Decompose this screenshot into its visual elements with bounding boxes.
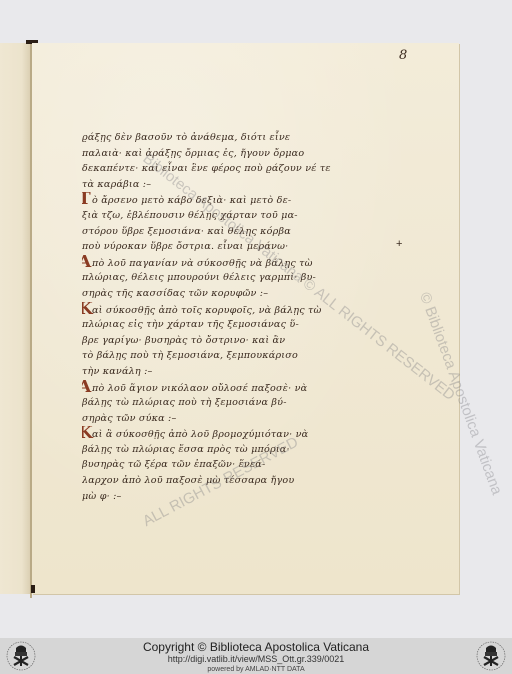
manuscript-line: τὰ καράβια :– bbox=[82, 177, 422, 193]
manuscript-line-text: στόρου ὕβρε ξεμοσιάνα· καὶ θέλῃς κόρβα bbox=[82, 226, 291, 237]
manuscript-line-text: πὸ λοῦ ἅγιον νικόλαον οὔλοσέ παξοσὲ· νὰ bbox=[92, 383, 307, 394]
manuscript-line: πλώριας, θέλεις μπουρούνι θέλεις γαρμπὶ·… bbox=[82, 270, 422, 286]
powered-by-text: powered by AMLAD·NTT DATA bbox=[0, 666, 512, 673]
manuscript-line: παλαιὰ· καὶ ἀράξῃς ὄρμιας ἐς, ἤγουν ὄρμα… bbox=[82, 146, 422, 162]
manuscript-line-text: δεκαπέντε· καὶ εἶναι ἓνε φέρος ποὺ ϱάζου… bbox=[82, 163, 331, 174]
permalink-url[interactable]: http://digi.vatlib.it/view/MSS_Ott.gr.33… bbox=[0, 654, 512, 664]
manuscript-line-text: μὼ φ· :– bbox=[82, 491, 122, 502]
manuscript-line: στόρου ὕβρε ξεμοσιάνα· καὶ θέλῃς κόρβα bbox=[82, 224, 422, 240]
manuscript-line: ποὺ νύροκαν ὕβρε ὄστρια. εἶναι μεράνω· bbox=[82, 239, 422, 255]
manuscript-line: Απὸ λοῦ παγανίαν νὰ σύκοσθῇς νὰ βάλῃς τὼ bbox=[82, 255, 422, 271]
manuscript-line-text: βάλῃς τὼ πλώριας ἕσσα πρὸς τὼ μπόρια· bbox=[82, 444, 290, 455]
manuscript-line: βρε γαρίγω· βυσηρὰς τὸ ὄστρινο· καὶ ἂν bbox=[82, 333, 422, 349]
manuscript-line-text: ϱάξῃς δὲν βασοῦν τὸ ἀνάθεμα, διότι εἶνε bbox=[82, 132, 290, 143]
manuscript-line: βάλῃς τὼ πλώριας ποὺ τὴ ξεμοσιάνα βύ- bbox=[82, 395, 422, 411]
vatican-library-seal-icon bbox=[474, 640, 508, 672]
manuscript-line-text: βρε γαρίγω· βυσηρὰς τὸ ὄστρινο· καὶ ἂν bbox=[82, 335, 285, 346]
manuscript-line: βυσηρὰς τῶ ξέρα τῶν ἐπαξῶν· ἕνεά- bbox=[82, 457, 422, 473]
manuscript-line: σηρὰς τῶν σύκα :– bbox=[82, 411, 422, 427]
manuscript-line-text: λαρχον ἀπὸ λοῦ παξοσὲ μὼ τέσσαρα ἤγου bbox=[82, 475, 294, 486]
rubricated-initial: Τ bbox=[82, 192, 92, 207]
manuscript-line-text: τὴν κανάλη :– bbox=[82, 366, 153, 377]
folio-number: 8 bbox=[399, 48, 407, 63]
manuscript-line-text: ποὺ νύροκαν ὕβρε ὄστρια. εἶναι μεράνω· bbox=[82, 241, 288, 252]
manuscript-line-text: βάλῃς τὼ πλώριας ποὺ τὴ ξεμοσιάνα βύ- bbox=[82, 397, 287, 408]
manuscript-line: σηρὰς τῆς κασσίδας τῶν κορυφῶν :– bbox=[82, 286, 422, 302]
manuscript-line-text: πὸ λοῦ παγανίαν νὰ σύκοσθῇς νὰ βάλῃς τὼ bbox=[92, 258, 313, 269]
manuscript-line: ϱάξῃς δὲν βασοῦν τὸ ἀνάθεμα, διότι εἶνε bbox=[82, 130, 422, 146]
manuscript-line: πλώριας εἰς τὴν χάρταν τῆς ξεμοσιάνας ὕ- bbox=[82, 317, 422, 333]
manuscript-line: τὸ βάλῃς ποὺ τὴ ξεμοσιάνα, ξεμπουκάρισο bbox=[82, 348, 422, 364]
manuscript-line-text: αὶ σύκοσθῇς ἀπὸ τοῖς κορυφοῖς, νὰ βάλῃς … bbox=[92, 305, 322, 316]
manuscript-line-text: βυσηρὰς τῶ ξέρα τῶν ἐπαξῶν· ἕνεά- bbox=[82, 459, 265, 470]
manuscript-line: Καὶ σύκοσθῇς ἀπὸ τοῖς κορυφοῖς, νὰ βάλῃς… bbox=[82, 302, 422, 318]
manuscript-line-text: σηρὰς τῆς κασσίδας τῶν κορυφῶν :– bbox=[82, 288, 268, 299]
manuscript-line-text: πλώριας εἰς τὴν χάρταν τῆς ξεμοσιάνας ὕ- bbox=[82, 319, 299, 330]
image-viewer[interactable]: 8 + ϱάξῃς δὲν βασοῦν τὸ ἀνάθεμα, διότι ε… bbox=[0, 0, 512, 638]
manuscript-line-text: πλώριας, θέλεις μπουρούνι θέλεις γαρμπὶ·… bbox=[82, 272, 316, 283]
manuscript-line-text: ξιὰ τζω, ἐβλέπουσιν θέλῃς χάρταν τοῦ μα- bbox=[82, 210, 298, 221]
manuscript-line-text: αὶ ἂ σύκοσθῇς ἀπὸ λοῦ βρομοχύμιόταν· νὰ bbox=[92, 429, 308, 440]
facing-page-edge bbox=[0, 43, 31, 594]
manuscript-line: Απὸ λοῦ ἅγιον νικόλαον οὔλοσέ παξοσὲ· νὰ bbox=[82, 380, 422, 396]
manuscript-line-text: τὰ καράβια :– bbox=[82, 179, 151, 190]
footer-bar: Copyright © Biblioteca Apostolica Vatica… bbox=[0, 638, 512, 674]
manuscript-line-text: σηρὰς τῶν σύκα :– bbox=[82, 413, 176, 424]
manuscript-line-text: παλαιὰ· καὶ ἀράξῃς ὄρμιας ἐς, ἤγουν ὄρμα… bbox=[82, 148, 304, 159]
binding-thread-mark bbox=[31, 585, 35, 593]
manuscript-line: Καὶ ἂ σύκοσθῇς ἀπὸ λοῦ βρομοχύμιόταν· νὰ bbox=[82, 426, 422, 442]
manuscript-line-text: τὸ βάλῃς ποὺ τὴ ξεμοσιάνα, ξεμπουκάρισο bbox=[82, 350, 298, 361]
rubricated-initial: Α bbox=[82, 255, 92, 270]
manuscript-text: ϱάξῃς δὲν βασοῦν τὸ ἀνάθεμα, διότι εἶνεπ… bbox=[82, 130, 422, 504]
manuscript-line: Τὸ ἄρσενο μετὸ κάβο δεξιὰ· καὶ μετὸ δε- bbox=[82, 192, 422, 208]
manuscript-line: ξιὰ τζω, ἐβλέπουσιν θέλῃς χάρταν τοῦ μα- bbox=[82, 208, 422, 224]
manuscript-line: δεκαπέντε· καὶ εἶναι ἓνε φέρος ποὺ ϱάζου… bbox=[82, 161, 422, 177]
manuscript-line: τὴν κανάλη :– bbox=[82, 364, 422, 380]
rubricated-initial: Κ bbox=[82, 426, 92, 441]
manuscript-line-text: ὸ ἄρσενο μετὸ κάβο δεξιὰ· καὶ μετὸ δε- bbox=[92, 195, 291, 206]
copyright-text: Copyright © Biblioteca Apostolica Vatica… bbox=[0, 640, 512, 654]
manuscript-line: βάλῃς τὼ πλώριας ἕσσα πρὸς τὼ μπόρια· bbox=[82, 442, 422, 458]
rubricated-initial: Κ bbox=[82, 302, 92, 317]
rubricated-initial: Α bbox=[82, 380, 92, 395]
manuscript-line: μὼ φ· :– bbox=[82, 489, 422, 505]
manuscript-line: λαρχον ἀπὸ λοῦ παξοσὲ μὼ τέσσαρα ἤγου bbox=[82, 473, 422, 489]
